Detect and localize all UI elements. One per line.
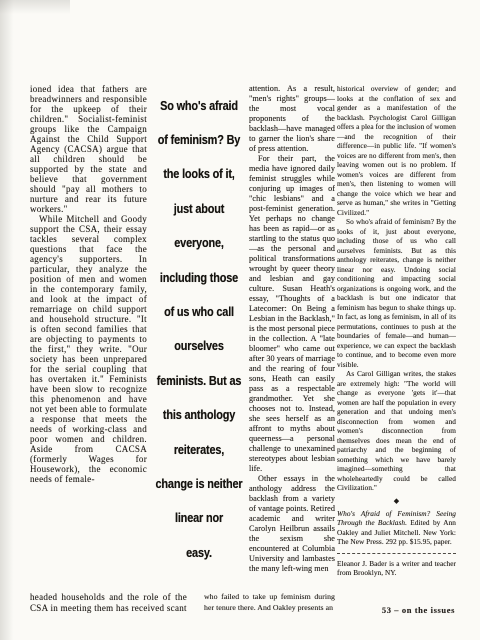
page-number-footer: 53 – on the issues [382,605,455,615]
paragraph: For their part, the media have ignored d… [249,154,335,474]
dashed-divider [337,553,456,554]
paragraph: ioned idea that fathers are breadwinners… [30,84,147,214]
paragraph: attention. As a result, "men's rights" g… [249,84,335,154]
article-column-right: historical overview of gender; and looks… [337,84,456,614]
article-column-left: ioned idea that fathers are breadwinners… [30,84,147,592]
author-bio: Eleanor J. Bader is a writer and teacher… [337,559,456,578]
paragraph: Other essays in the anthology address th… [249,474,335,574]
paragraph: So who's afraid of feminism? By the look… [337,217,456,369]
paragraph: While Mitchell and Goody support the CSA… [30,214,147,484]
article-column-middle: attention. As a result, "men's rights" g… [249,84,335,592]
pull-quote: So who's afraidof feminism? Bythe looks … [149,88,249,569]
book-citation: Who's Afraid of Feminism? Seeing Through… [337,509,456,547]
paragraph: historical overview of gender; and looks… [337,84,456,217]
magazine-page: ioned idea that fathers are breadwinners… [0,0,480,640]
column-left-runover: headed households and the role of the CS… [30,592,187,613]
diamond-separator-icon: ◆ [337,496,456,506]
paragraph: As Carol Gilligan writes, the stakes are… [337,369,456,493]
column-middle-runover: who failed to take up feminism during he… [204,592,335,613]
